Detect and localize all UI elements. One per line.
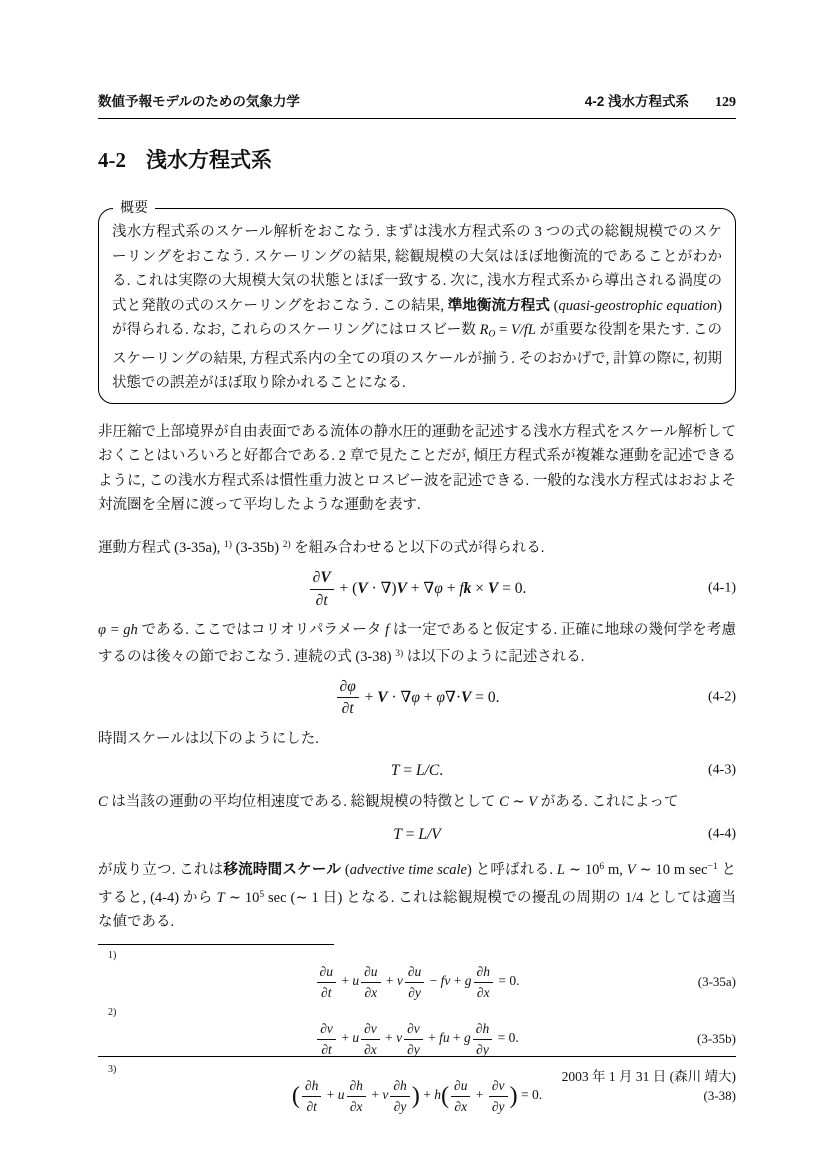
equation-4-2-number: (4-2) [708, 689, 736, 706]
footnote-2-marker: 2) [108, 1007, 736, 1019]
equation-4-3: T = L/C. (4-3) [98, 762, 736, 781]
equation-4-2-math: ∂φ∂t + V · ∇φ + φ∇·V = 0. [335, 678, 500, 719]
equation-4-1-math: ∂V∂t + (V · ∇)V + ∇φ + fk × V = 0. [308, 569, 527, 610]
paragraph-timescale: 時間スケールは以下のようにした. [98, 727, 736, 752]
equation-4-4: T = L/V (4-4) [98, 826, 736, 845]
footnote-2: 2) ∂v∂t + u∂v∂x + v∂v∂y + fu + g∂h∂y = 0… [98, 1007, 736, 1057]
equation-3-35a-number: (3-35a) [698, 975, 736, 991]
footnote-1: 1) ∂u∂t + u∂u∂x + v∂u∂y − fv + g∂h∂x = 0… [98, 950, 736, 1000]
header-rule [98, 118, 736, 119]
equation-3-35b: ∂v∂t + u∂v∂x + v∂v∂y + fu + g∂h∂y = 0. (… [98, 1021, 736, 1057]
equation-3-35a: ∂u∂t + u∂u∂x + v∂u∂y − fv + g∂h∂x = 0. (… [98, 964, 736, 1000]
equation-3-38-number: (3-38) [704, 1089, 737, 1105]
page-header: 数値予報モデルのための気象力学 4-2 浅水方程式系 129 [98, 90, 736, 111]
equation-3-35b-number: (3-35b) [697, 1032, 736, 1048]
equation-3-35a-math: ∂u∂t + u∂u∂x + v∂u∂y − fv + g∂h∂x = 0. [315, 964, 520, 1000]
footnote-1-marker: 1) [108, 950, 736, 962]
paragraph-advective-timescale: が成り立つ. これは移流時間スケール (advective time scale… [98, 855, 736, 934]
footnote-rule [98, 944, 334, 945]
overview-box: 概要 浅水方程式系のスケール解析をおこなう. まずは浅水方程式系の 3 つの式の… [98, 208, 736, 404]
header-section-area: 4-2 浅水方程式系 129 [585, 90, 736, 111]
equation-4-4-number: (4-4) [708, 827, 736, 844]
page-footer: 2003 年 1 月 31 日 (森川 靖大) [98, 1056, 736, 1085]
section-title: 4-2浅水方程式系 [98, 147, 736, 174]
section-title-text: 浅水方程式系 [146, 149, 272, 172]
footnote-area: 1) ∂u∂t + u∂u∂x + v∂u∂y − fv + g∂h∂x = 0… [98, 944, 736, 1114]
document-page: 数値予報モデルのための気象力学 4-2 浅水方程式系 129 4-2浅水方程式系… [0, 0, 826, 1169]
equation-4-2: ∂φ∂t + V · ∇φ + φ∇·V = 0. (4-2) [98, 678, 736, 719]
overview-text: 浅水方程式系のスケール解析をおこなう. まずは浅水方程式系の 3 つの式の総観規… [112, 220, 722, 396]
equation-3-35b-math: ∂v∂t + u∂v∂x + v∂v∂y + fu + g∂h∂y = 0. [315, 1021, 518, 1057]
running-title: 数値予報モデルのための気象力学 [98, 90, 300, 110]
paragraph-phase-speed: C は当該の運動の平均位相速度である. 総観規模の特徴として C ∼ V がある… [98, 790, 736, 815]
section-number: 4-2 [98, 148, 126, 172]
footer-rule [98, 1056, 736, 1057]
paragraph-coriolis: φ = gh である. ここではコリオリパラメータ f は一定であると仮定する.… [98, 618, 736, 670]
header-section-label: 4-2 浅水方程式系 [585, 90, 689, 110]
equation-4-3-number: (4-3) [708, 763, 736, 780]
overview-box-label: 概要 [113, 200, 155, 217]
equation-4-4-math: T = L/V [393, 826, 441, 845]
paragraph-intro: 非圧縮で上部境界が自由表面である流体の静水圧的運動を記述する浅水方程式をスケール… [98, 420, 736, 518]
footer-date: 2003 年 1 月 31 日 (森川 靖大) [98, 1065, 736, 1085]
equation-4-1: ∂V∂t + (V · ∇)V + ∇φ + fk × V = 0. (4-1) [98, 569, 736, 610]
paragraph-momentum-eq: 運動方程式 (3-35a), 1) (3-35b) 2) を組み合わせると以下の… [98, 533, 736, 560]
page-number: 129 [715, 95, 736, 111]
equation-4-3-math: T = L/C. [391, 762, 443, 781]
equation-4-1-number: (4-1) [708, 581, 736, 598]
